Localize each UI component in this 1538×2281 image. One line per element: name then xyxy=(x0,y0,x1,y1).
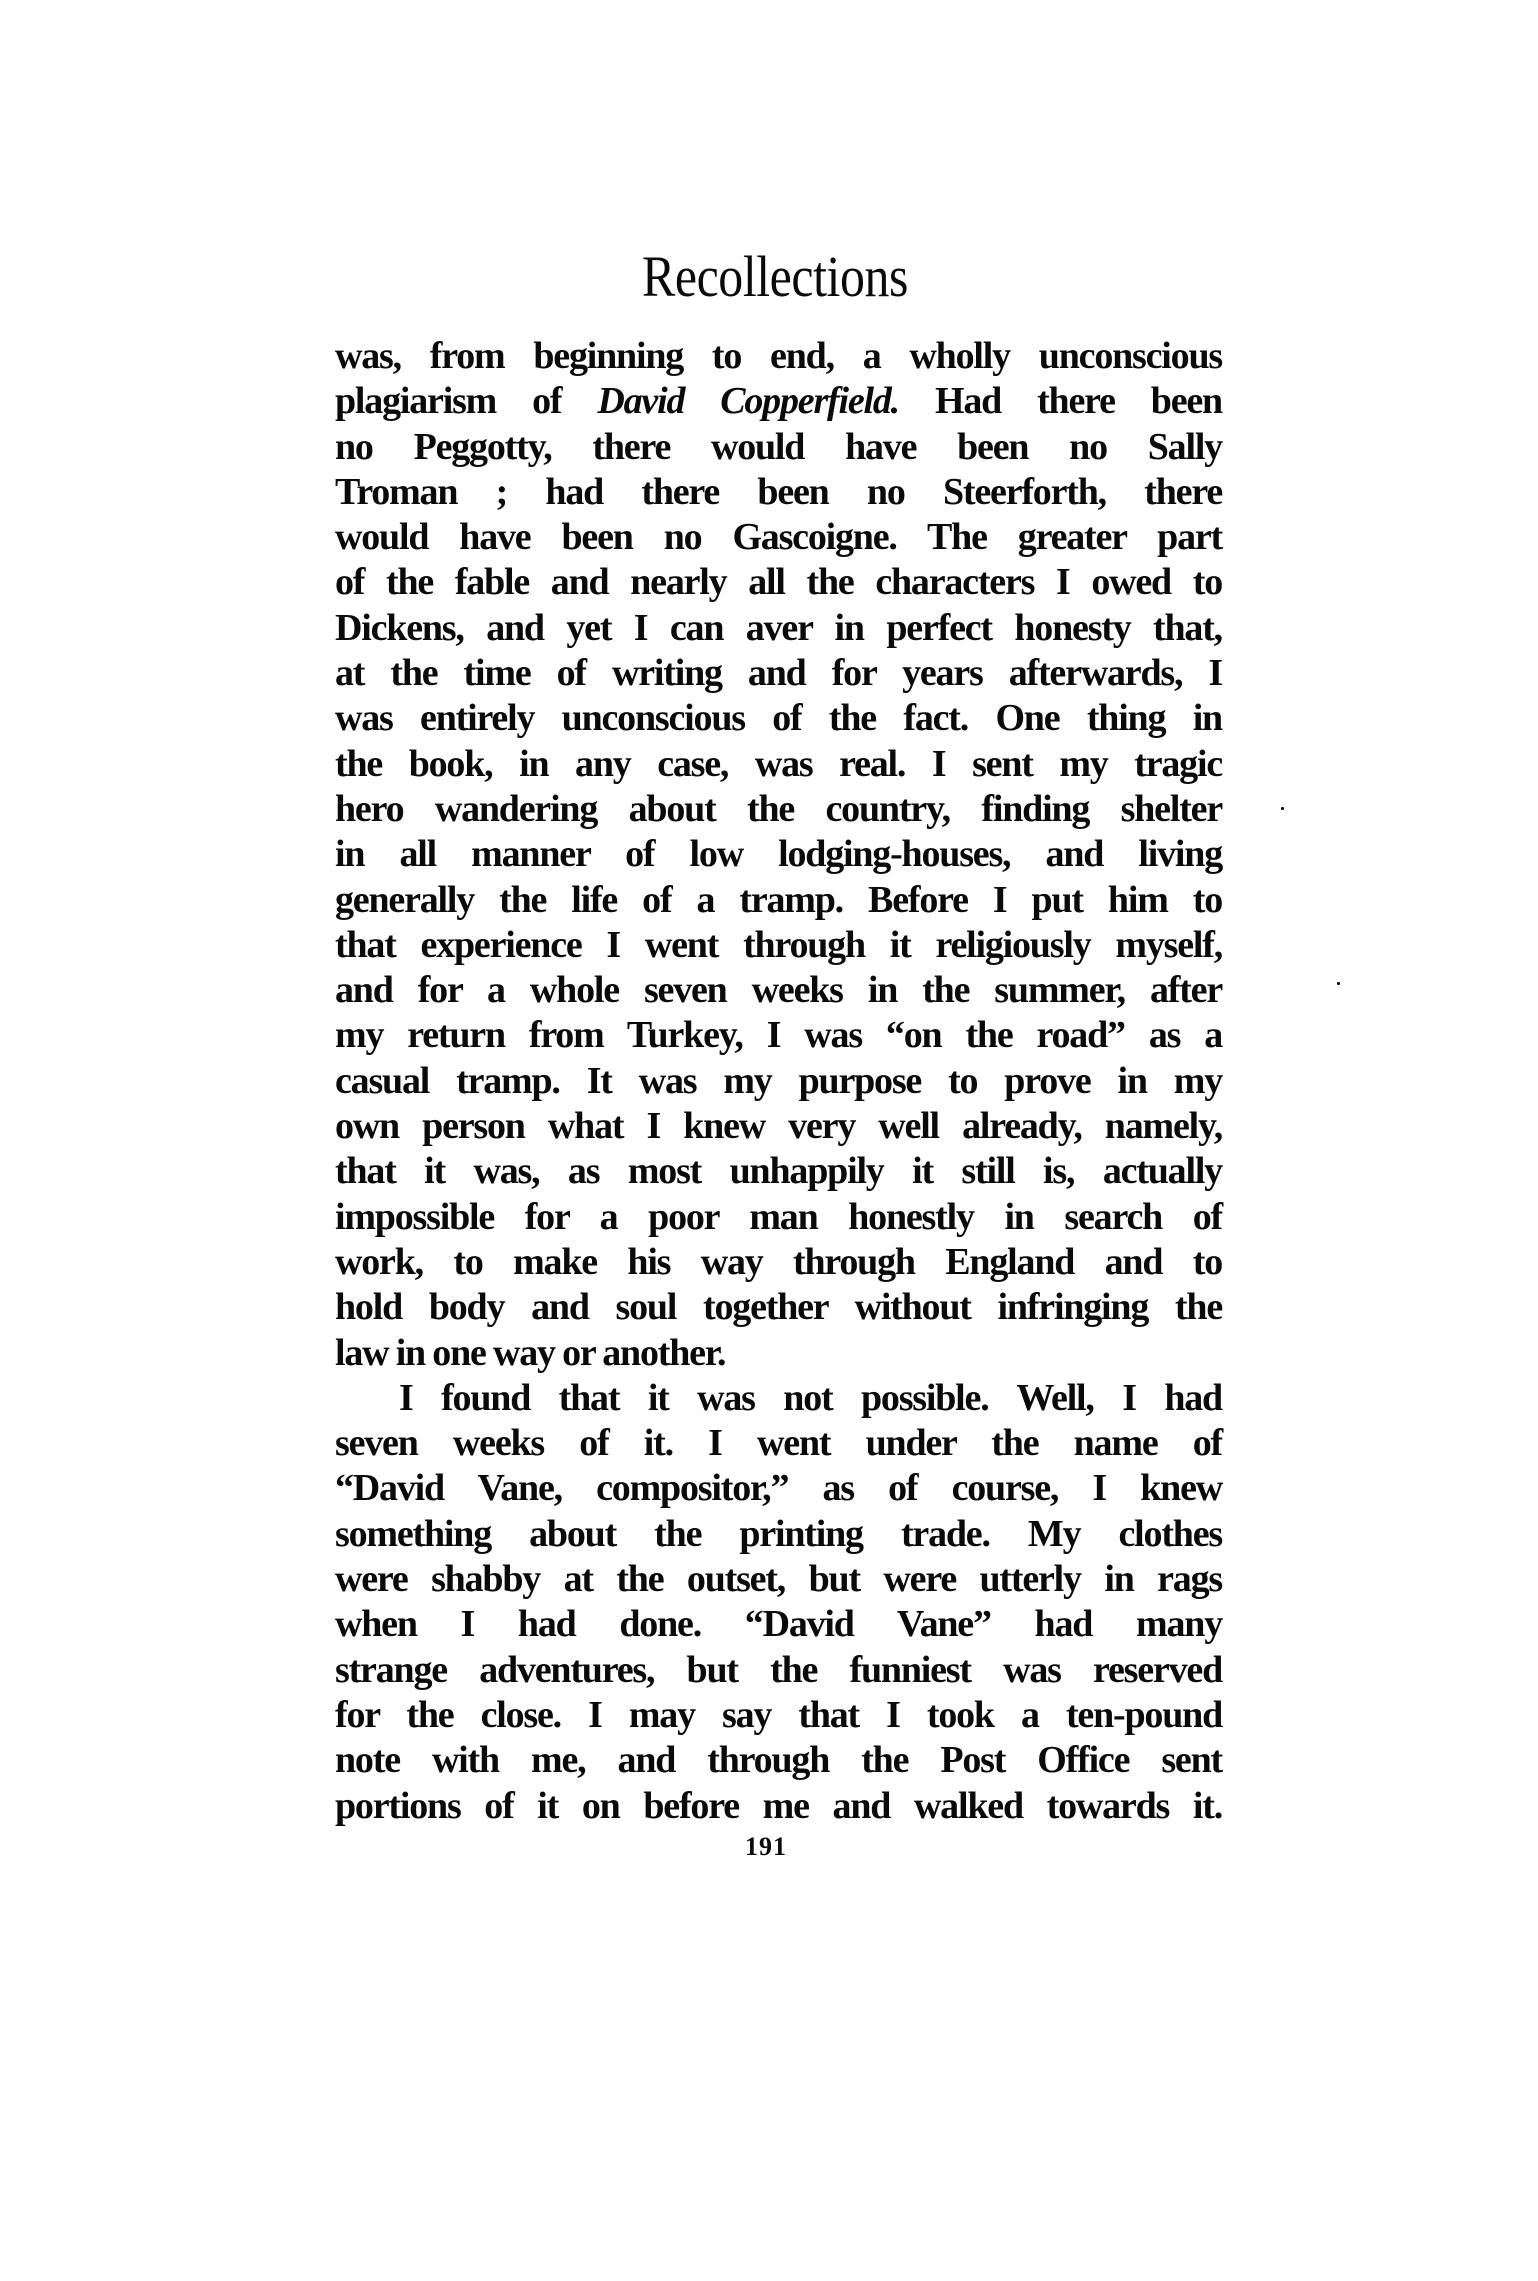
text-line-21: work, to make his way through England an… xyxy=(335,1240,1222,1285)
book-page: Recollections was, from beginning to end… xyxy=(0,0,1538,2281)
text-line-29: when I had done. “David Vane” had many xyxy=(335,1602,1222,1647)
text-line-14: that experience I went through it religi… xyxy=(335,923,1222,968)
text-line-27: something about the printing trade. My c… xyxy=(335,1512,1222,1557)
text-line-5: would have been no Gascoigne. The greate… xyxy=(335,515,1222,560)
text-line-2: plagiarism of David Copperfield. Had the… xyxy=(335,379,1222,424)
text-line-6: of the fable and nearly all the characte… xyxy=(335,560,1222,605)
text-line-23-paragraph-end: law in one way or another. xyxy=(335,1331,1222,1376)
text-line-30: strange adventures, but the funniest was… xyxy=(335,1648,1222,1693)
text-line-19: that it was, as most unhappily it still … xyxy=(335,1149,1222,1194)
text-line-16: my return from Turkey, I was “on the roa… xyxy=(335,1013,1222,1058)
text-line-22: hold body and soul together without infr… xyxy=(335,1285,1222,1330)
page-number: 191 xyxy=(0,1832,1532,1862)
text-line-11: hero wandering about the country, findin… xyxy=(335,787,1222,832)
text-line-1: was, from beginning to end, a wholly unc… xyxy=(335,334,1222,379)
body-text: was, from beginning to end, a wholly unc… xyxy=(335,334,1222,1829)
text-line-15: and for a whole seven weeks in the summe… xyxy=(335,968,1222,1013)
text-line-12: in all manner of low lodging-houses, and… xyxy=(335,832,1222,877)
scan-speck xyxy=(1337,982,1340,985)
text-line-4: Troman ; had there been no Steerforth, t… xyxy=(335,470,1222,515)
text-line-18: own person what I knew very well already… xyxy=(335,1104,1222,1149)
text-line-33: portions of it on before me and walked t… xyxy=(335,1784,1222,1829)
text-line-20: impossible for a poor man honestly in se… xyxy=(335,1195,1222,1240)
text-line-9: was entirely unconscious of the fact. On… xyxy=(335,696,1222,741)
text-line-31: for the close. I may say that I took a t… xyxy=(335,1693,1222,1738)
scan-speck xyxy=(1281,807,1284,810)
text-line-24-paragraph-start: I found that it was not possible. Well, … xyxy=(335,1376,1222,1421)
text-line-26: “David Vane, compositor,” as of course, … xyxy=(335,1466,1222,1511)
text-line-17: casual tramp. It was my purpose to prove… xyxy=(335,1059,1222,1104)
text-line-8: at the time of writing and for years aft… xyxy=(335,651,1222,696)
text-line-25: seven weeks of it. I went under the name… xyxy=(335,1421,1222,1466)
text-line-3: no Peggotty, there would have been no Sa… xyxy=(335,425,1222,470)
text-line-10: the book, in any case, was real. I sent … xyxy=(335,742,1222,787)
text-line-28: were shabby at the outset, but were utte… xyxy=(335,1557,1222,1602)
text-line-7: Dickens, and yet I can aver in perfect h… xyxy=(335,606,1222,651)
text-line-13: generally the life of a tramp. Before I … xyxy=(335,878,1222,923)
running-head-title: Recollections xyxy=(109,244,1442,310)
book-title-italic: David Copperfield. xyxy=(597,380,899,422)
text-line-32: note with me, and through the Post Offic… xyxy=(335,1738,1222,1783)
